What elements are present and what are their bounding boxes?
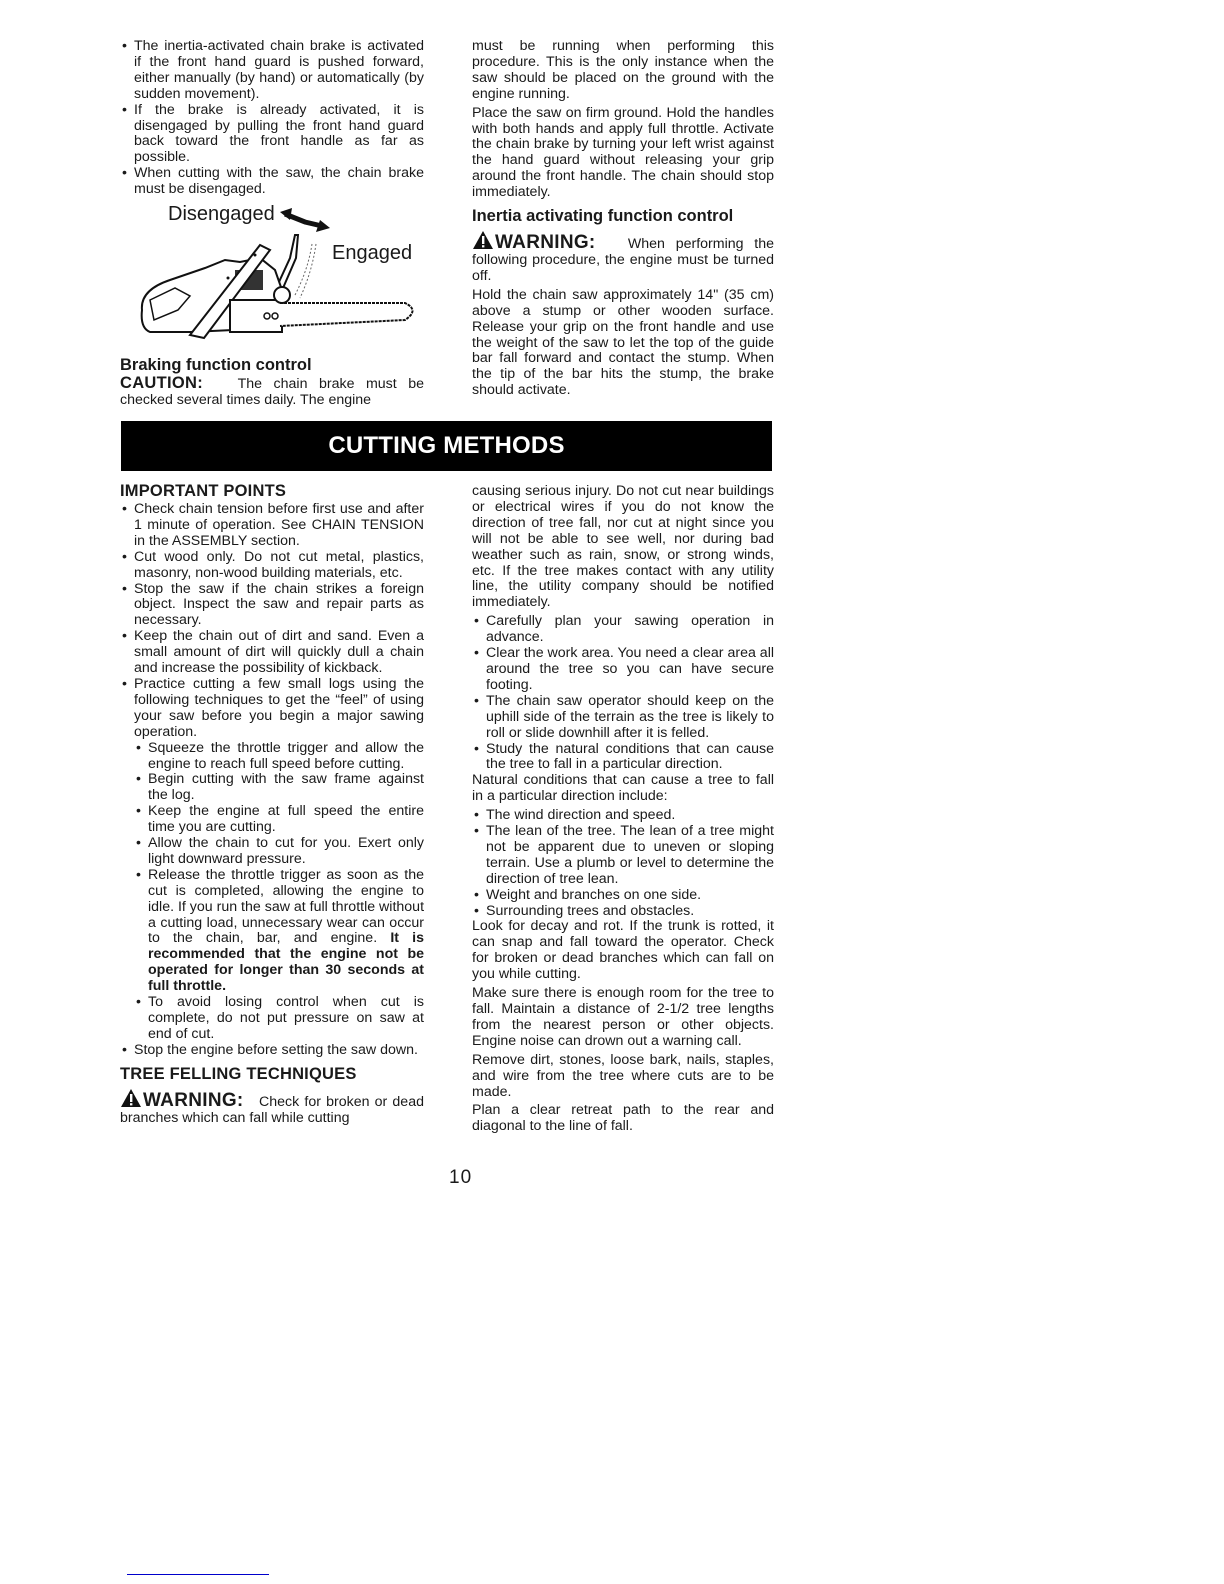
list-item: The chain saw operator should keep on th…: [472, 694, 774, 742]
planning-list: Carefully plan your sawing operation in …: [472, 614, 774, 773]
list-item: Weight and branches on one side.: [472, 888, 774, 904]
warning-label: WARNING:: [495, 232, 596, 253]
paragraph: Remove dirt, stones, loose bark, nails, …: [472, 1053, 774, 1101]
paragraph: Hold the chain saw approximately 14" (35…: [472, 288, 774, 399]
sub-list-item: Keep the engine at full speed the entire…: [134, 804, 424, 836]
sub-list-item: Allow the chain to cut for you. Exert on…: [134, 836, 424, 868]
page-number: 10: [449, 1167, 472, 1189]
sub-list-item: Release the throttle trigger as soon as …: [134, 868, 424, 995]
list-item-text: Practice cutting a few small logs using …: [134, 676, 424, 740]
chain-brake-bullets: The inertia-activated chain brake is act…: [120, 39, 424, 198]
list-item: Stop the saw if the chain strikes a fore…: [120, 582, 424, 630]
paragraph: Look for decay and rot. If the trunk is …: [472, 919, 774, 983]
warning-triangle-icon: [472, 230, 494, 250]
important-points-list: Check chain tension before first use and…: [120, 502, 424, 1059]
important-points-heading: IMPORTANT POINTS: [120, 482, 424, 501]
sub-list-item-text: Release the throttle trigger as soon as …: [148, 867, 424, 947]
warning-triangle-icon: [120, 1088, 142, 1108]
warning-paragraph: WARNING: When performing the following p…: [472, 230, 774, 285]
natural-conditions-list: The wind direction and speed. The lean o…: [472, 808, 774, 919]
braking-section: Braking function control CAUTION: The ch…: [120, 354, 424, 412]
list-item: Stop the engine before setting the saw d…: [120, 1043, 424, 1059]
list-item: The wind direction and speed.: [472, 808, 774, 824]
warning-label: WARNING:: [143, 1090, 244, 1111]
warning-paragraph: WARNING: Check for broken or dead branch…: [120, 1088, 424, 1127]
sub-list-item: Begin cutting with the saw frame against…: [134, 772, 424, 804]
sub-list-item: To avoid losing control when cut is comp…: [134, 995, 424, 1043]
paragraph: Make sure there is enough room for the t…: [472, 986, 774, 1050]
list-item: Check chain tension before first use and…: [120, 502, 424, 550]
tree-felling-heading: TREE FELLING TECHNIQUES: [120, 1065, 424, 1084]
list-item: Carefully plan your sawing operation in …: [472, 614, 774, 646]
paragraph: Natural conditions that can cause a tree…: [472, 773, 774, 805]
list-item: The lean of the tree. The lean of a tree…: [472, 824, 774, 888]
chainsaw-illustration-icon: [130, 200, 430, 350]
left-bottom-column: IMPORTANT POINTS Check chain tension bef…: [120, 482, 424, 1130]
list-item: Cut wood only. Do not cut metal, plastic…: [120, 550, 424, 582]
list-item: Clear the work area. You need a clear ar…: [472, 646, 774, 694]
list-item: The inertia-activated chain brake is act…: [120, 39, 424, 103]
paragraph: Plan a clear retreat path to the rear an…: [472, 1103, 774, 1135]
caution-paragraph: CAUTION: The chain brake must be checked…: [120, 376, 424, 409]
list-item: Study the natural conditions that can ca…: [472, 742, 774, 774]
paragraph: causing serious injury. Do not cut near …: [472, 484, 774, 611]
chain-brake-figure: Disengaged Engaged: [130, 200, 430, 350]
inertia-heading: Inertia activating function control: [472, 207, 774, 226]
left-top-column: The inertia-activated chain brake is act…: [120, 39, 424, 198]
paragraph: must be running when performing this pro…: [472, 39, 774, 103]
caution-label: CAUTION:: [120, 374, 203, 392]
list-item: Keep the chain out of dirt and sand. Eve…: [120, 629, 424, 677]
right-bottom-column: causing serious injury. Do not cut near …: [472, 484, 774, 1138]
banner-title: CUTTING METHODS: [328, 432, 564, 460]
braking-heading: Braking function control: [120, 356, 424, 375]
sub-list-item: Squeeze the throttle trigger and allow t…: [134, 741, 424, 773]
list-item: Surrounding trees and obstacles.: [472, 904, 774, 920]
right-top-column: must be running when performing this pro…: [472, 39, 774, 402]
list-item: Practice cutting a few small logs using …: [120, 677, 424, 1043]
section-banner: CUTTING METHODS: [121, 421, 772, 471]
paragraph: Place the saw on firm ground. Hold the h…: [472, 106, 774, 201]
link-underline[interactable]: [127, 1574, 269, 1575]
technique-sublist: Squeeze the throttle trigger and allow t…: [134, 741, 424, 1043]
list-item: If the brake is already activated, it is…: [120, 103, 424, 167]
list-item: When cutting with the saw, the chain bra…: [120, 166, 424, 198]
